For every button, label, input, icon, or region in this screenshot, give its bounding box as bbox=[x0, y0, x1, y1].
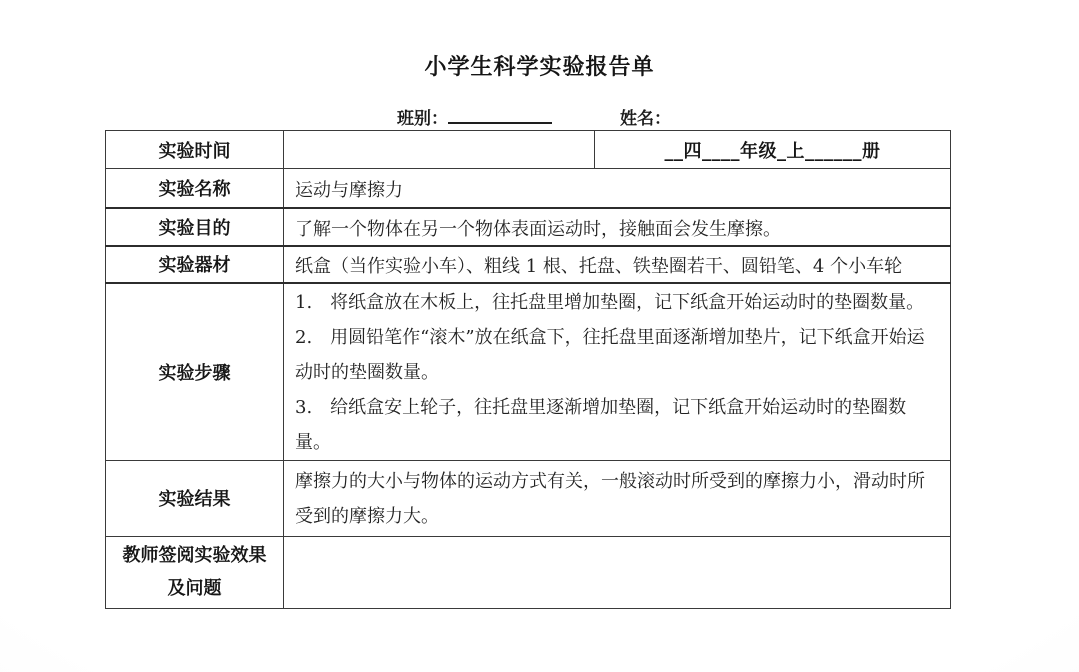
teacher-review-value bbox=[284, 536, 951, 608]
row-experiment-time: 实验时间 __四____年级_上______册 bbox=[106, 131, 951, 169]
row-teacher-review: 教师签阅实验效果 及问题 bbox=[106, 536, 951, 608]
experiment-time-label: 实验时间 bbox=[106, 131, 284, 169]
experiment-purpose-value: 了解一个物体在另一个物体表面运动时，接触面会发生摩擦。 bbox=[284, 208, 951, 246]
name-label: 姓名： bbox=[620, 104, 671, 129]
experiment-time-value bbox=[284, 131, 595, 169]
experiment-materials-label: 实验器材 bbox=[106, 246, 284, 283]
step-item-1: 1. 将纸盒放在木板上，往托盘里增加垫圈，记下纸盒开始运动时的垫圈数量。 bbox=[295, 285, 938, 320]
experiment-purpose-label: 实验目的 bbox=[106, 208, 284, 246]
experiment-name-value: 运动与摩擦力 bbox=[284, 169, 951, 208]
class-label: 班别： bbox=[397, 109, 448, 129]
row-experiment-steps: 实验步骤 1. 将纸盒放在木板上，往托盘里增加垫圈，记下纸盒开始运动时的垫圈数量… bbox=[106, 283, 951, 461]
class-field: 班别： bbox=[397, 104, 552, 129]
document-page: 小学生科学实验报告单 班别： 姓名： 实验时间 __四____年级_上_____… bbox=[0, 0, 1079, 672]
experiment-steps-value: 1. 将纸盒放在木板上，往托盘里增加垫圈，记下纸盒开始运动时的垫圈数量。 2. … bbox=[284, 283, 951, 461]
row-experiment-materials: 实验器材 纸盒（当作实验小车）、粗线 1 根、托盘、铁垫圈若干、圆铅笔、4 个小… bbox=[106, 246, 951, 283]
row-experiment-result: 实验结果 摩擦力的大小与物体的运动方式有关，一般滚动时所受到的摩擦力小，滑动时所… bbox=[106, 460, 951, 536]
teacher-review-label-line2: 及问题 bbox=[114, 572, 275, 605]
row-experiment-purpose: 实验目的 了解一个物体在另一个物体表面运动时，接触面会发生摩擦。 bbox=[106, 208, 951, 246]
step-item-3: 3. 给纸盒安上轮子，往托盘里逐渐增加垫圈，记下纸盒开始运动时的垫圈数量。 bbox=[295, 390, 938, 460]
class-blank-line bbox=[448, 110, 552, 124]
experiment-result-value: 摩擦力的大小与物体的运动方式有关，一般滚动时所受到的摩擦力小，滑动时所受到的摩擦… bbox=[284, 460, 951, 536]
row-experiment-name: 实验名称 运动与摩擦力 bbox=[106, 169, 951, 208]
experiment-result-label: 实验结果 bbox=[106, 460, 284, 536]
step-item-2: 2. 用圆铅笔作“滚木”放在纸盒下，往托盘里面逐渐增加垫片，记下纸盒开始运动时的… bbox=[295, 320, 938, 390]
page-title: 小学生科学实验报告单 bbox=[0, 50, 1079, 81]
teacher-review-label: 教师签阅实验效果 及问题 bbox=[106, 536, 284, 608]
teacher-review-label-line1: 教师签阅实验效果 bbox=[114, 539, 275, 572]
experiment-materials-value: 纸盒（当作实验小车）、粗线 1 根、托盘、铁垫圈若干、圆铅笔、4 个小车轮 bbox=[284, 246, 951, 283]
experiment-name-label: 实验名称 bbox=[106, 169, 284, 208]
experiment-report-table: 实验时间 __四____年级_上______册 实验名称 运动与摩擦力 实验目的… bbox=[105, 130, 951, 609]
experiment-steps-label: 实验步骤 bbox=[106, 283, 284, 461]
grade-volume-text: __四____年级_上______册 bbox=[595, 131, 951, 169]
